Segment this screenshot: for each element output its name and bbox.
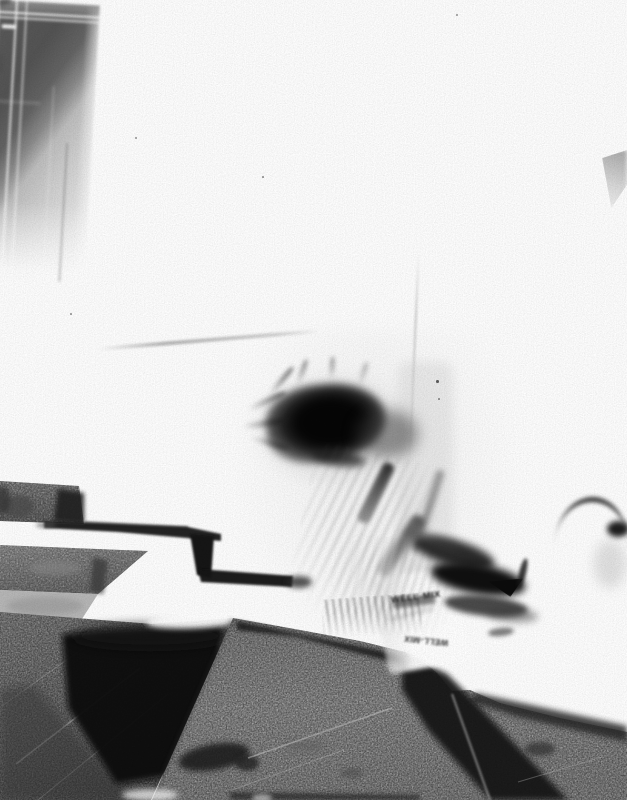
dust-speck — [262, 176, 264, 178]
stone-step-middle — [0, 545, 148, 622]
figure-fringe-streaks — [321, 593, 424, 642]
photograph: WELL-MIX WELL-MIX — [0, 0, 627, 800]
dust-speck — [436, 380, 439, 383]
dust-speck — [70, 313, 72, 315]
frame-edge-nick — [0, 56, 3, 72]
stone-step-upper — [0, 481, 84, 524]
dust-speck — [438, 398, 440, 400]
dust-speck — [456, 14, 458, 16]
dust-speck — [135, 137, 137, 139]
